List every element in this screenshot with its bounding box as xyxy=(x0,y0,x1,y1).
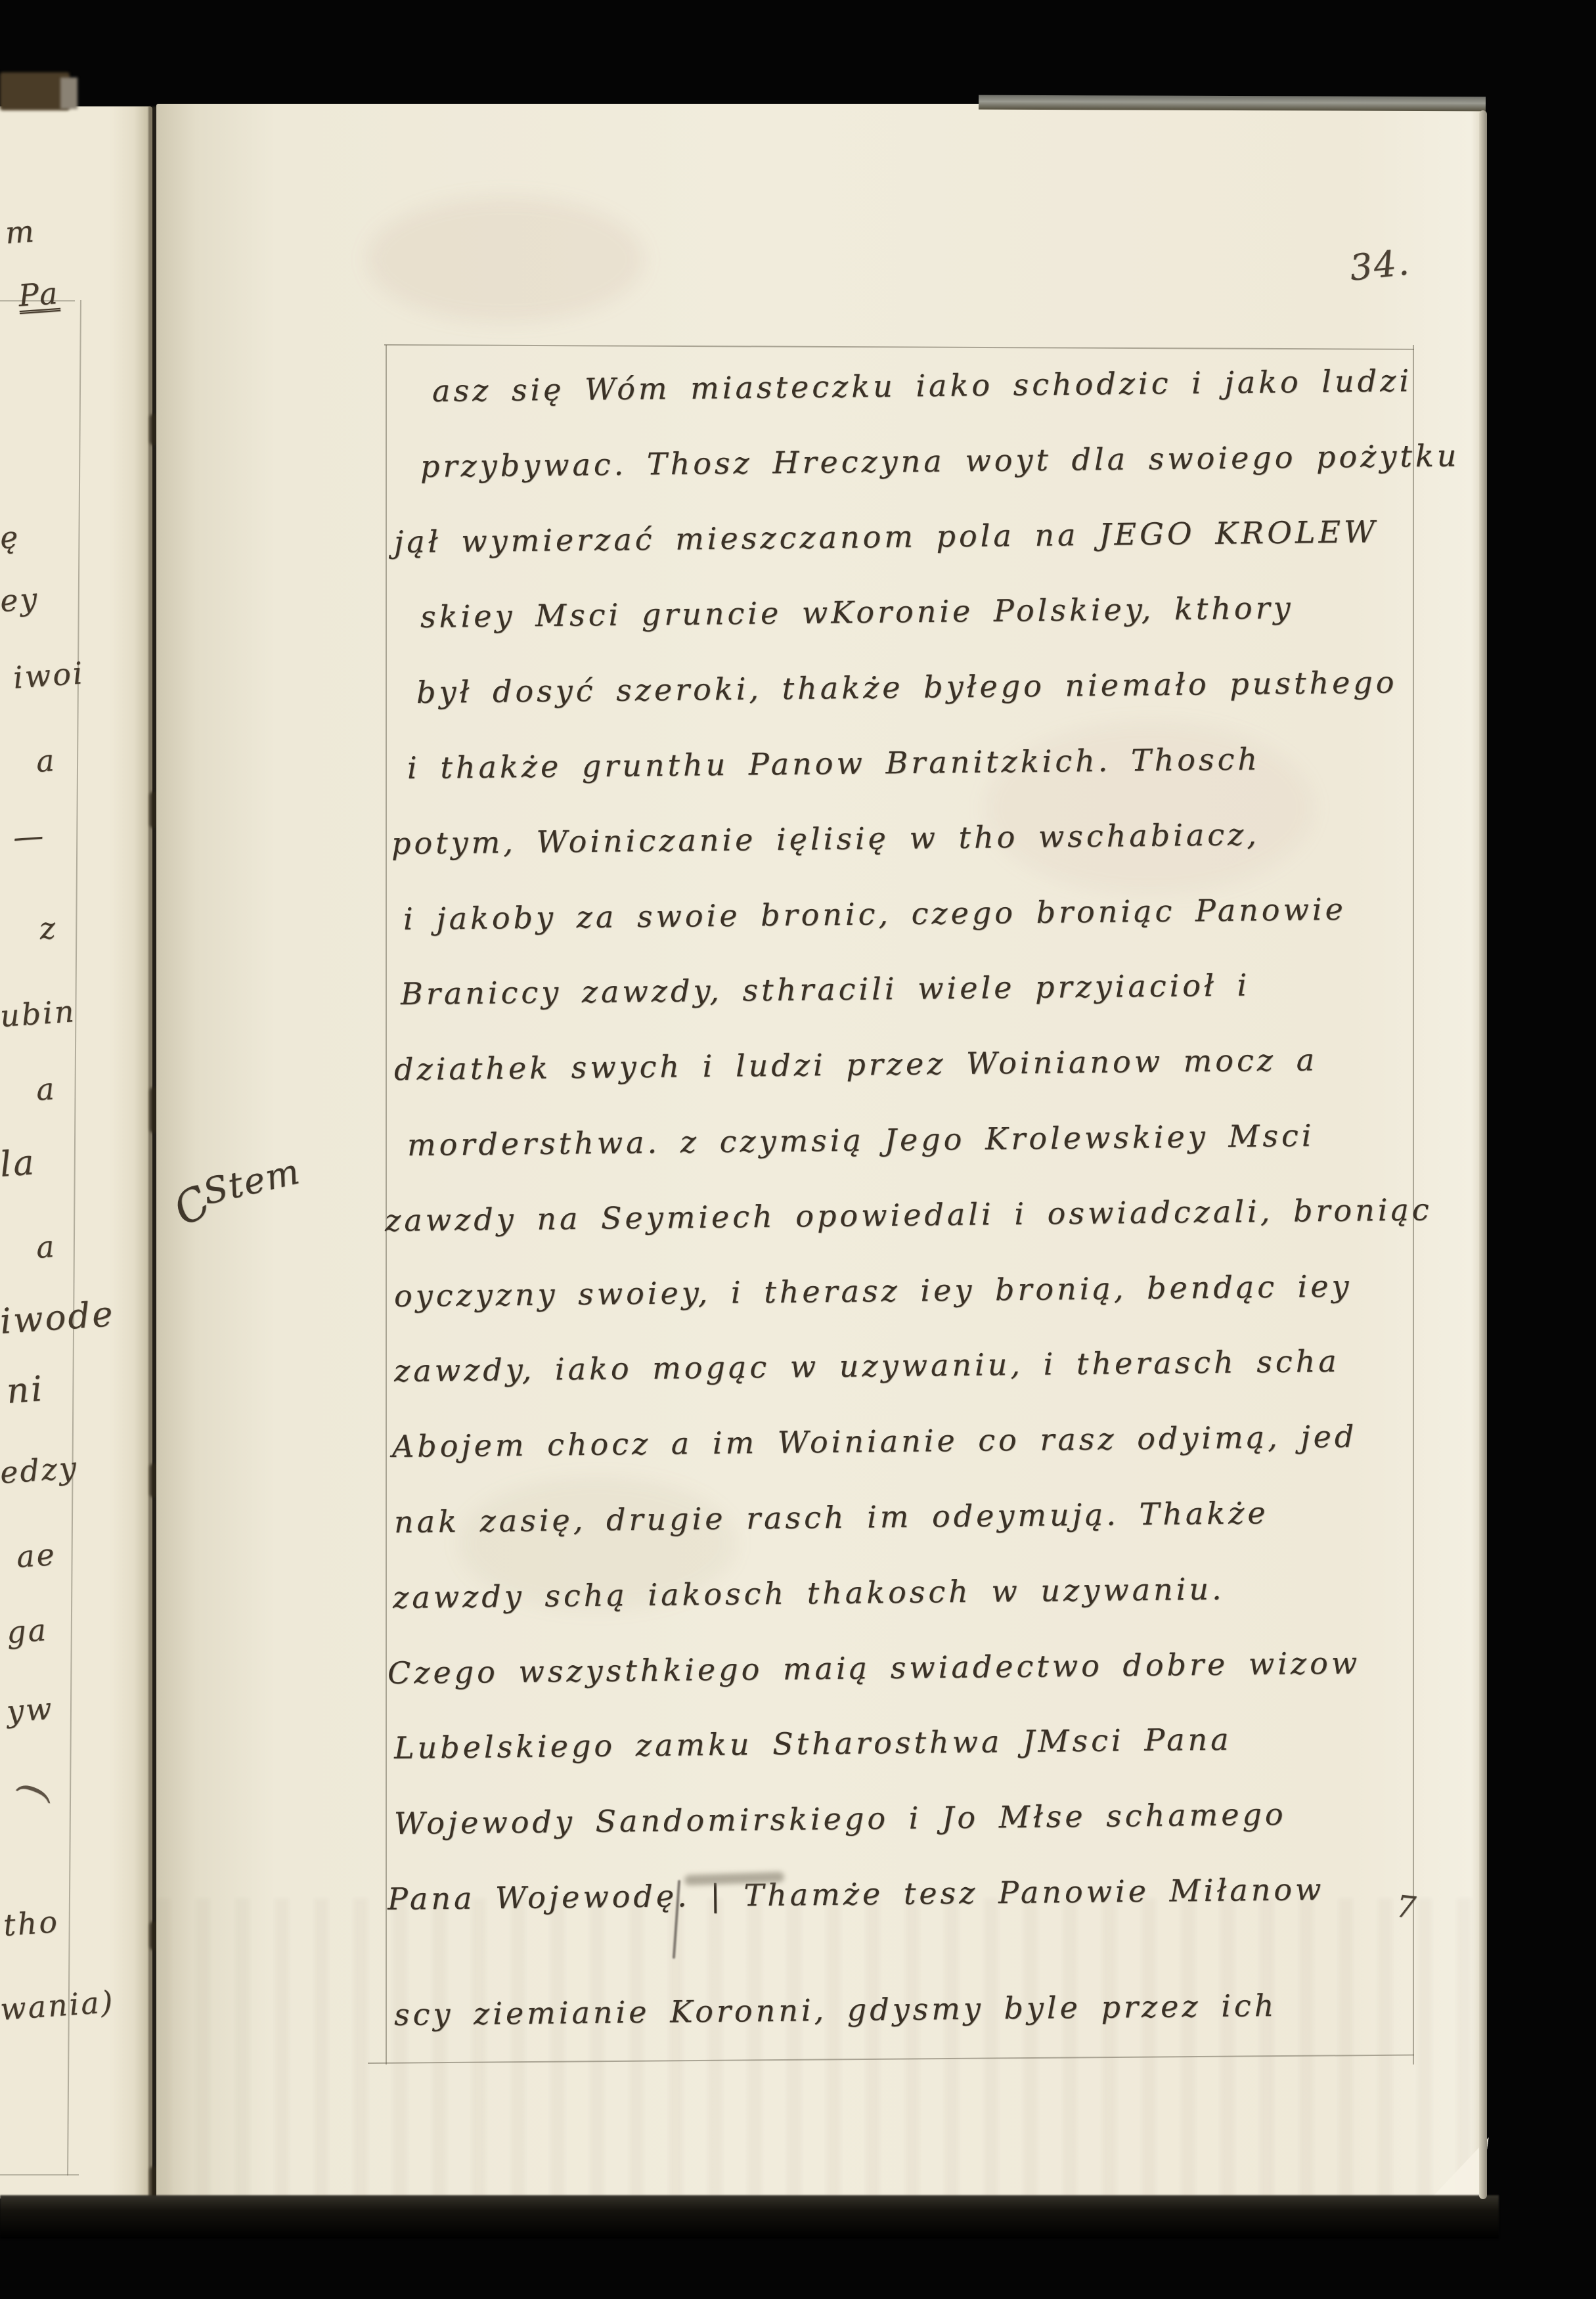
left-page-fragment: ey xyxy=(0,583,40,616)
left-page-fragment: ni xyxy=(5,1372,45,1409)
left-page-fragment: a xyxy=(35,745,57,776)
manuscript-photo: m Pa ę ey iwoi a — z ubin a la a iwode n… xyxy=(0,0,1596,2299)
left-page-fragment: yw xyxy=(5,1693,54,1727)
paper-stain xyxy=(368,197,644,322)
book-cover-edge xyxy=(60,78,78,109)
left-page-fragment: iwode xyxy=(0,1297,116,1339)
right-margin-mark: 7 xyxy=(1394,1888,1417,1926)
left-page-fragment: ubin xyxy=(0,996,77,1031)
left-page-fragment: a xyxy=(35,1073,57,1105)
page-stack-edge xyxy=(979,95,1486,112)
book-bottom-edge xyxy=(0,2195,1499,2239)
pencil-frame-left xyxy=(386,345,387,2065)
manuscript-page xyxy=(156,104,1484,2206)
left-page-fragment: iwoi xyxy=(12,658,85,692)
left-page-fragment: ę xyxy=(0,522,21,553)
pencil-frame-right xyxy=(1413,345,1414,2065)
paper-water-streaks xyxy=(156,1898,1484,2207)
left-page-fragment: m xyxy=(4,215,37,248)
page-right-edge xyxy=(1479,110,1487,2199)
page-number: 34. xyxy=(1348,241,1412,288)
left-page-fragment: Pa xyxy=(17,278,60,311)
left-page-fragment: ga xyxy=(5,1615,49,1647)
book-cover-edge xyxy=(0,72,70,110)
left-page-fragment: a xyxy=(35,1231,57,1262)
left-page-text-fragments: m Pa ę ey iwoi a — z ubin a la a iwode n… xyxy=(0,0,152,2299)
left-page-fragment: wania) xyxy=(0,1986,116,2024)
left-page-fragment: — xyxy=(12,820,46,852)
left-page-fragment-flourish: ( xyxy=(14,1781,56,1805)
left-page-fragment: la xyxy=(0,1145,37,1182)
left-page-fragment: z xyxy=(38,912,58,944)
paper-stain xyxy=(985,723,1314,893)
paper-stain xyxy=(460,1478,736,1609)
left-page-fragment: edzy xyxy=(0,1452,79,1488)
left-page-fragment: tho xyxy=(2,1906,60,1940)
left-page-fragment: ae xyxy=(15,1539,57,1572)
